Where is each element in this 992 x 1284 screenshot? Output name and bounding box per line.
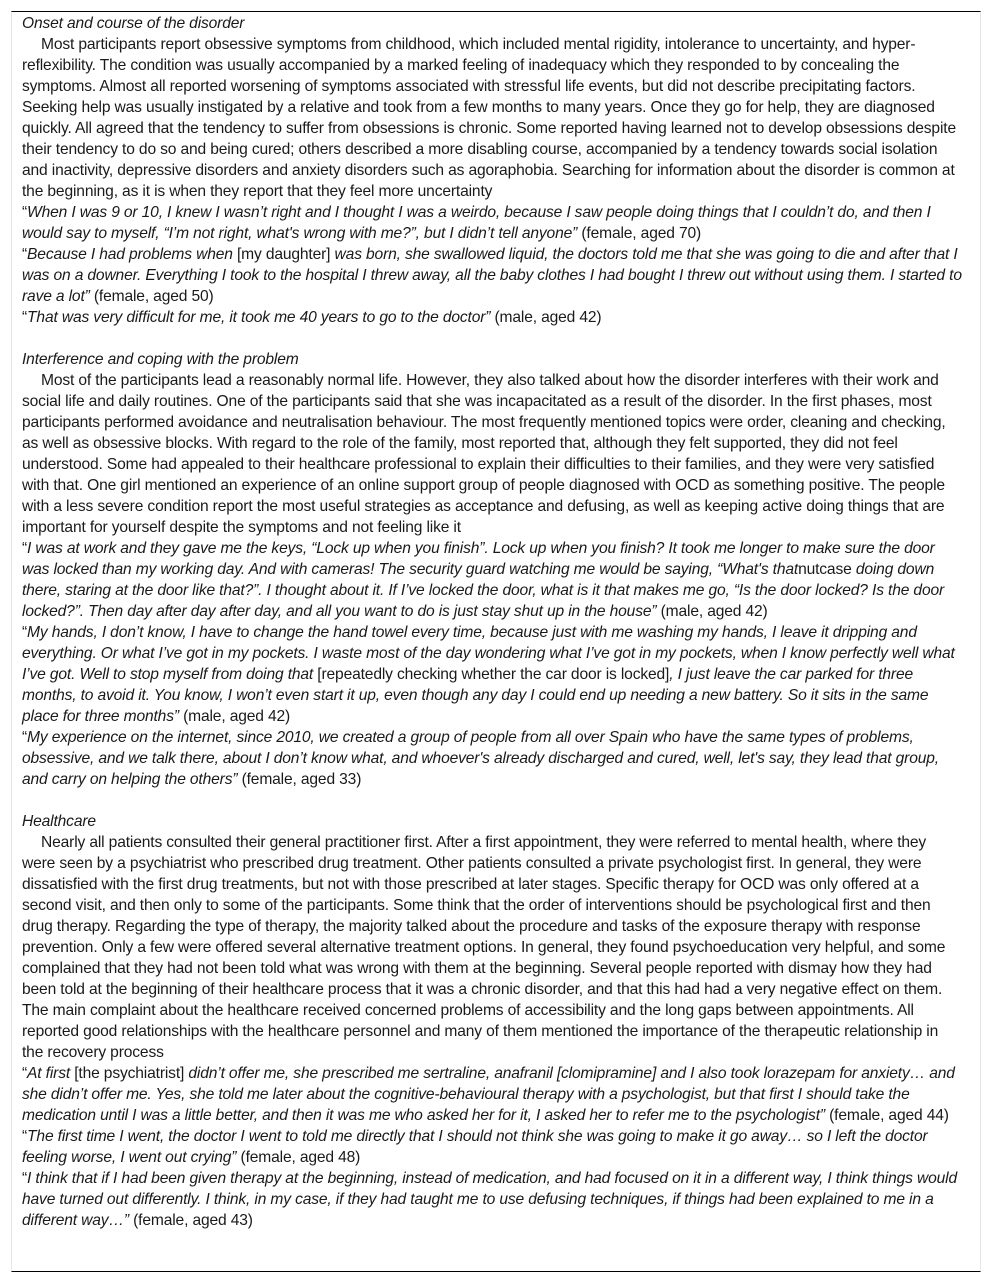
quote-attribution: (female, aged 44) xyxy=(825,1107,949,1124)
section-heading: Interference and coping with the problem xyxy=(22,349,962,370)
quote-attribution: (female, aged 70) xyxy=(577,225,701,242)
section-healthcare: Healthcare Nearly all patients consulted… xyxy=(22,811,962,1231)
table-cell: Onset and course of the disorder Most pa… xyxy=(22,13,962,1231)
participant-quote: “My hands, I don’t know, I have to chang… xyxy=(22,622,962,727)
quote-text: The first time I went, the doctor I went… xyxy=(22,1128,928,1166)
quote-attribution: (female, aged 50) xyxy=(90,288,214,305)
quote-attribution: (female, aged 43) xyxy=(129,1212,253,1229)
participant-quote: “That was very difficult for me, it took… xyxy=(22,307,962,328)
quote-text: At first xyxy=(27,1065,74,1082)
section-interference-coping: Interference and coping with the problem… xyxy=(22,349,962,790)
quote-text: That was very difficult for me, it took … xyxy=(27,309,490,326)
section-paragraph: Nearly all patients consulted their gene… xyxy=(22,832,962,1063)
quote-attribution: (male, aged 42) xyxy=(490,309,601,326)
quote-text: When I was 9 or 10, I knew I wasn’t righ… xyxy=(22,204,931,242)
quote-attribution: (female, aged 33) xyxy=(237,771,361,788)
qualitative-results-table: Onset and course of the disorder Most pa… xyxy=(11,11,981,1272)
editorial-insertion: [the psychiatrist] xyxy=(74,1065,184,1082)
participant-quote: “When I was 9 or 10, I knew I wasn’t rig… xyxy=(22,202,962,244)
quote-text: Because I had problems when xyxy=(27,246,237,263)
quote-text: My experience on the internet, since 201… xyxy=(22,729,939,788)
section-onset-course: Onset and course of the disorder Most pa… xyxy=(22,13,962,328)
quote-attribution: (male, aged 42) xyxy=(656,603,767,620)
editorial-insertion: [my daughter] xyxy=(237,246,330,263)
section-heading: Healthcare xyxy=(22,811,962,832)
quote-attribution: (female, aged 48) xyxy=(236,1149,360,1166)
participant-quote: “I think that if I had been given therap… xyxy=(22,1168,962,1231)
editorial-insertion: nutcase xyxy=(798,561,852,578)
participant-quote: “My experience on the internet, since 20… xyxy=(22,727,962,790)
participant-quote: “Because I had problems when [my daughte… xyxy=(22,244,962,307)
section-paragraph: Most participants report obsessive sympt… xyxy=(22,34,962,202)
participant-quote: “I was at work and they gave me the keys… xyxy=(22,538,962,622)
section-heading: Onset and course of the disorder xyxy=(22,13,962,34)
participant-quote: “The first time I went, the doctor I wen… xyxy=(22,1126,962,1168)
participant-quote: “At first [the psychiatrist] didn’t offe… xyxy=(22,1063,962,1126)
quote-attribution: (male, aged 42) xyxy=(179,708,290,725)
section-paragraph: Most of the participants lead a reasonab… xyxy=(22,370,962,538)
editorial-insertion: [repeatedly checking whether the car doo… xyxy=(317,666,669,683)
